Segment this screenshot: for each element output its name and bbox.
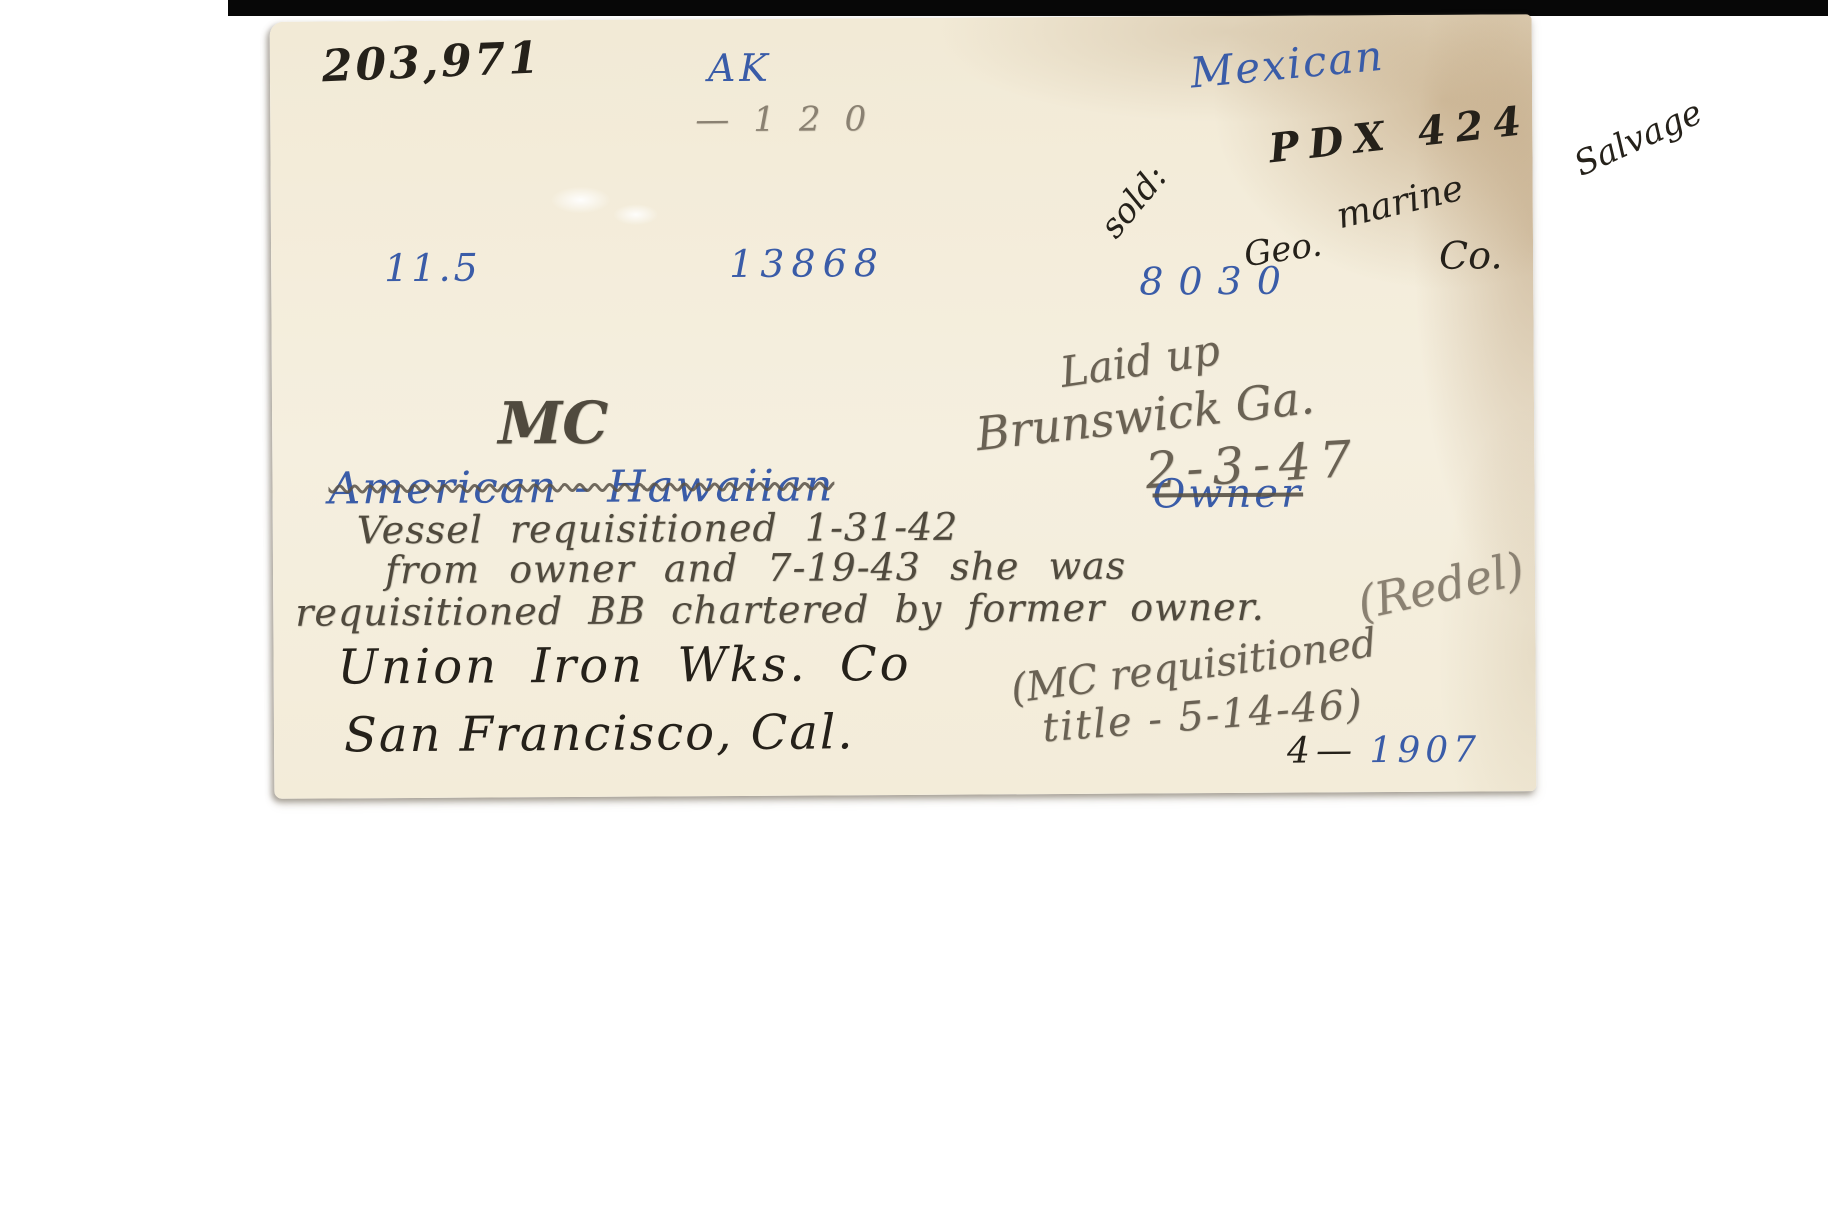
requisition-note-line2: from owner and 7-19-43 she was (385, 547, 1126, 590)
mc-abbreviation: MC (498, 394, 609, 453)
buyer-name-salvage: Salvage (1569, 95, 1707, 182)
net-tonnage: 8030 (1139, 262, 1296, 301)
redelivered-note: (Redel) (1353, 545, 1528, 626)
owner-word-crossed-out: Owner (1152, 474, 1303, 515)
buyer-name-co: Co. (1439, 236, 1503, 274)
requisition-note-line1: Vessel requisitioned 1-31-42 (357, 508, 959, 550)
depth-value: 11.5 (384, 249, 481, 288)
build-place: San Francisco, Cal. (344, 708, 855, 759)
class-code: AK (708, 49, 772, 87)
flag-nationality: Mexican (1188, 35, 1386, 95)
index-card: 203,971 AK —120 Mexican sold: PDX 424 Ge… (270, 14, 1537, 799)
class-number: —120 (695, 102, 890, 137)
build-date: 4— 1907 (1287, 732, 1481, 769)
requisition-note-line3: requisitioned BB chartered by former own… (295, 588, 1265, 632)
sold-code: PDX 424 (1267, 101, 1533, 170)
builder-name: Union Iron Wks. Co (337, 640, 911, 692)
sold-label: sold: (1095, 159, 1174, 244)
build-date-month: 4— (1287, 730, 1358, 771)
buyer-name-marine: marine (1333, 171, 1467, 236)
gross-tonnage: 13868 (729, 244, 885, 283)
scanner-background-strip (228, 0, 1828, 16)
official-number: 203,971 (321, 36, 543, 89)
former-owner-crossed-out: American - Hawaiian (328, 464, 834, 511)
build-date-year: 1907 (1369, 729, 1481, 771)
